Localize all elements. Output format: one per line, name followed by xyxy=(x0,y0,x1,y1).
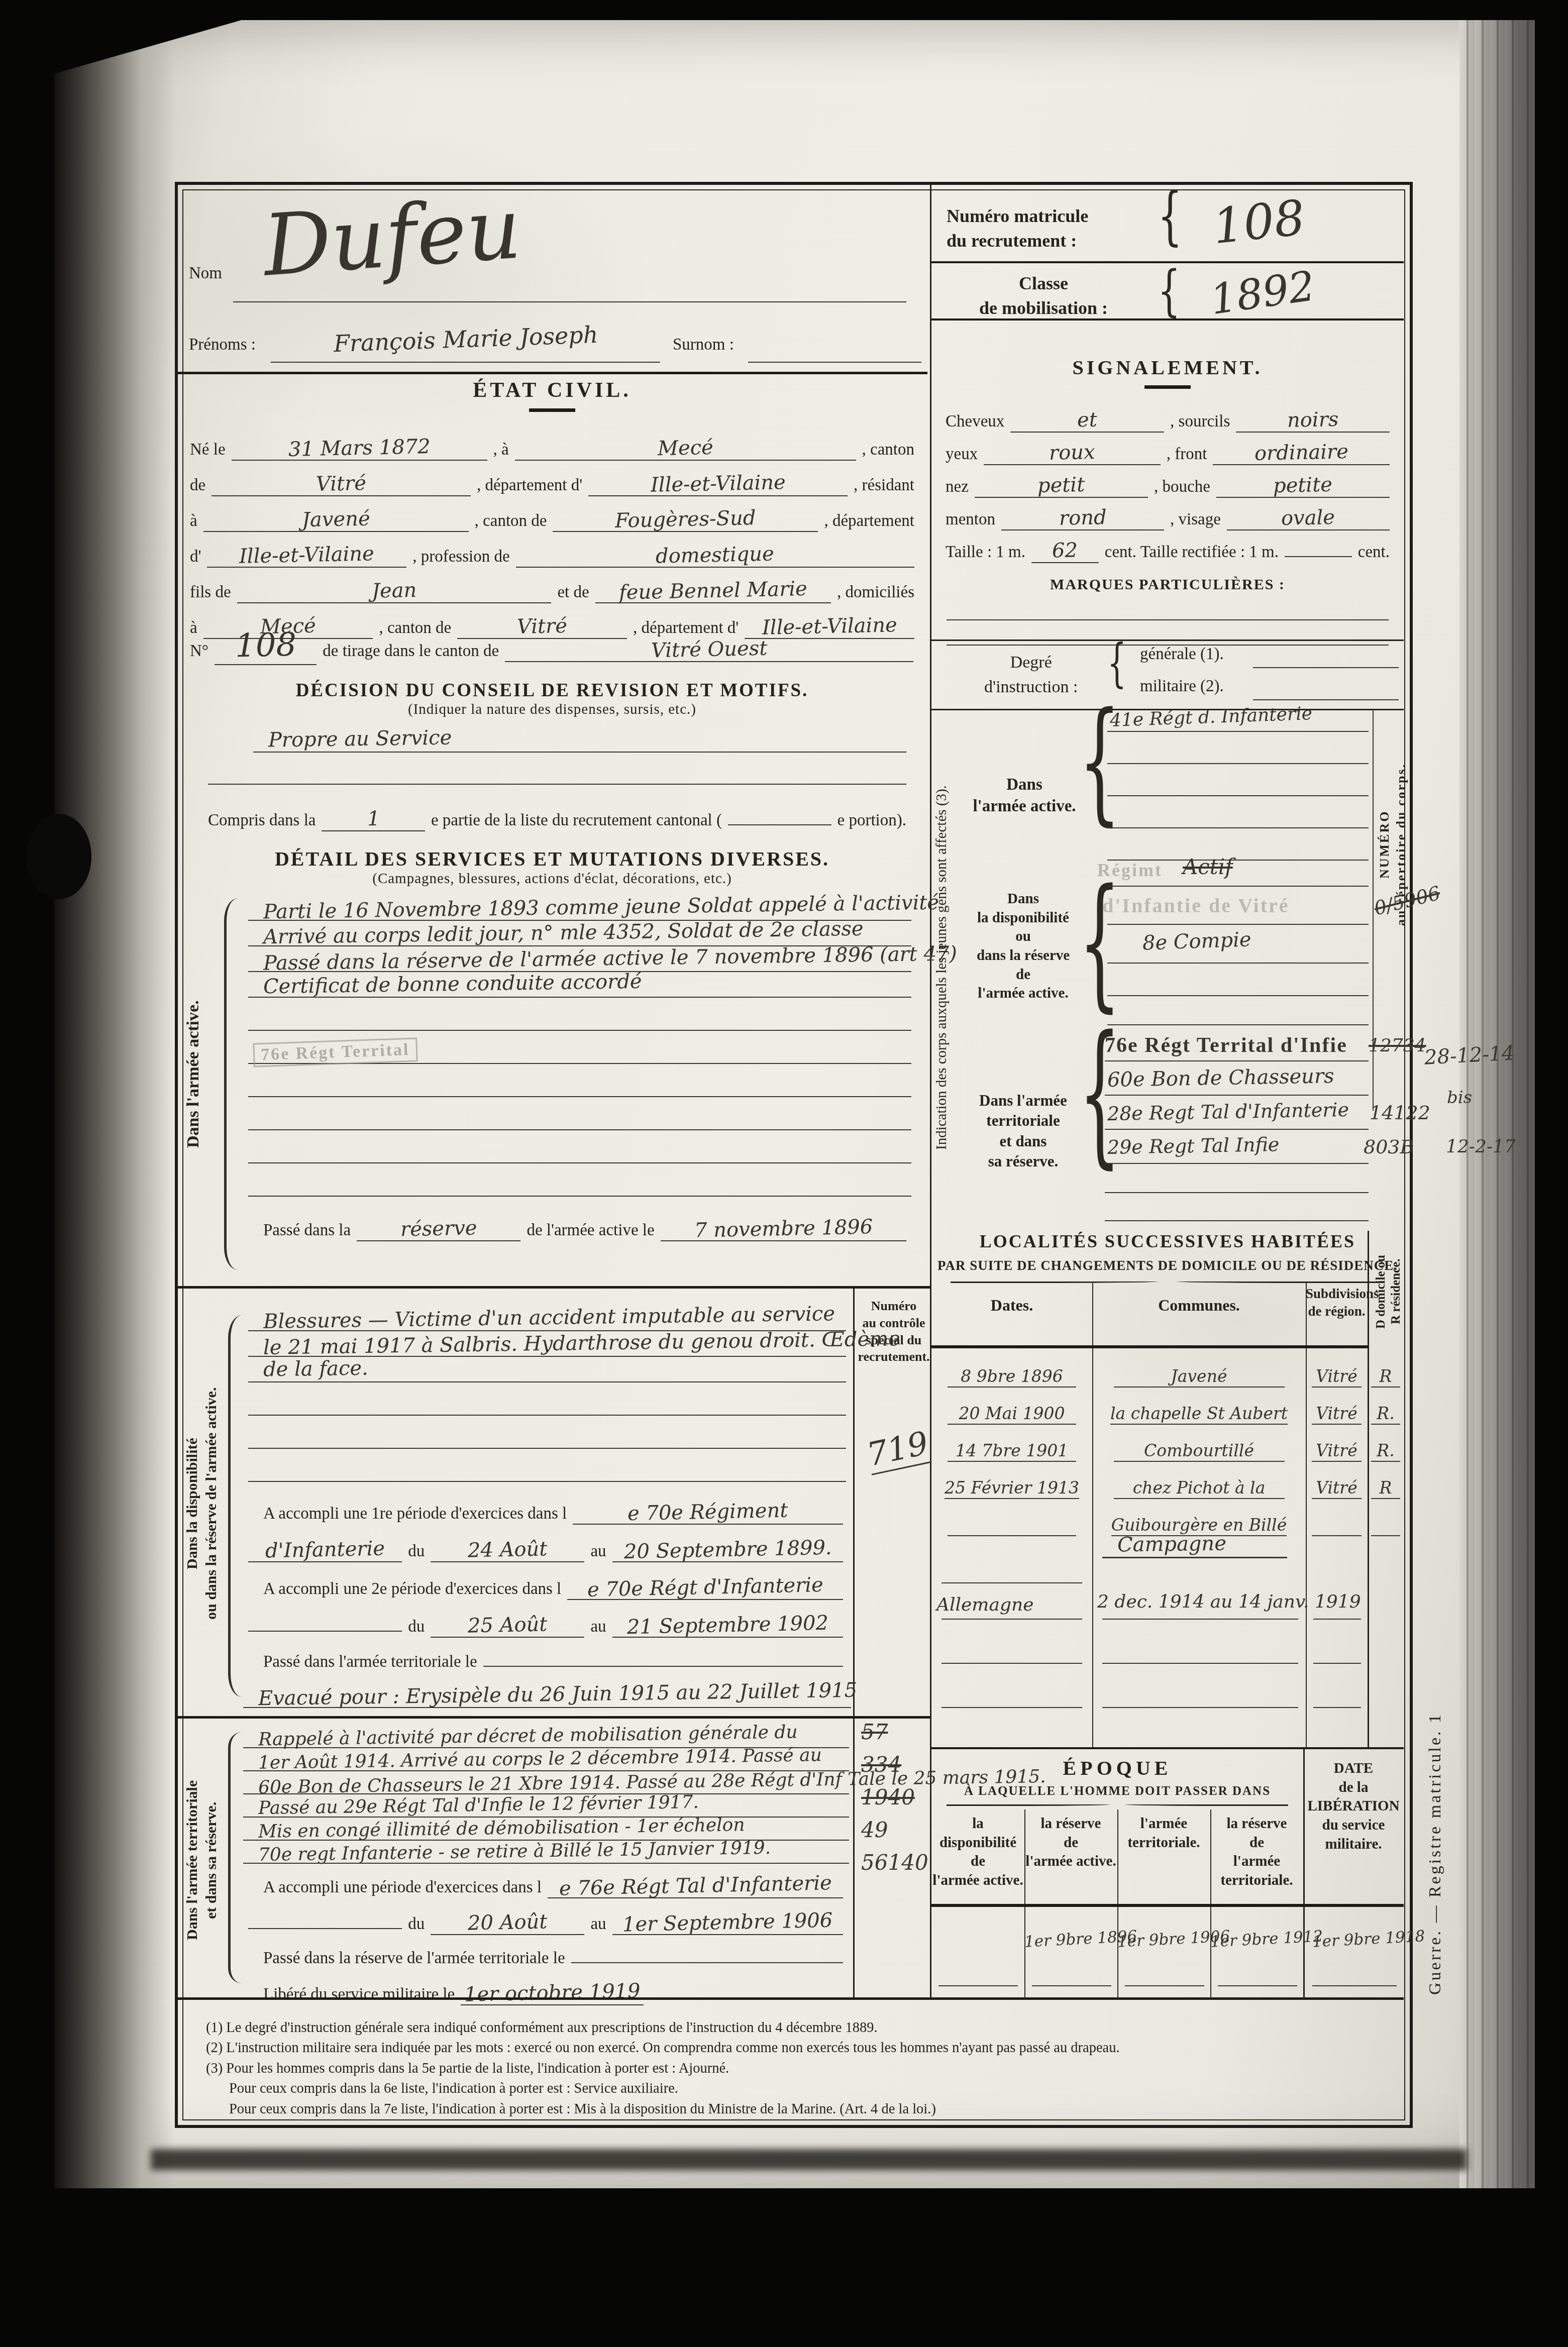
handwritten-value: 20 Août xyxy=(468,1910,548,1935)
printed-label: , département xyxy=(824,512,914,530)
signalement-row: mentonrond, visageovale xyxy=(946,506,1390,530)
handwritten-line: 60e Bon de Chasseurs le 21 Xbre 1914. Pa… xyxy=(243,1771,849,1794)
localites-date: 20 Mai 1900 xyxy=(959,1404,1065,1423)
blank-line xyxy=(248,1631,402,1632)
blank-line: e 70e Régt d'Infanterie xyxy=(567,1575,843,1600)
epoque-title: ÉPOQUE xyxy=(931,1756,1303,1780)
blank-line: rond xyxy=(1001,506,1164,530)
printed-label: N° xyxy=(190,642,208,661)
localites-date: 14 7bre 1901 xyxy=(956,1441,1068,1460)
blessures-blank-ruled xyxy=(248,1382,846,1482)
printed-label: de tirage dans le canton de xyxy=(323,642,499,661)
epoque-value: 1er 9bre 1918 xyxy=(1312,1930,1405,1948)
corps-side-label: Indication des corps auxquels les jeunes… xyxy=(932,714,951,1221)
signalement-row: Cheveuxet, sourcilsnoirs xyxy=(946,408,1390,433)
handwritten-value: rond xyxy=(1059,506,1107,530)
localites-row: 8 9bre 1896JavenéVitréR xyxy=(931,1350,1404,1388)
handwritten-line: 1er Août 1914. Arrivé au corps le 2 déce… xyxy=(243,1748,849,1771)
printed-label: , résidant xyxy=(854,476,914,495)
localites-row: 14 7bre 1901CombourtilléVitréR. xyxy=(931,1425,1404,1462)
marques-title: MARQUES PARTICULIÈRES : xyxy=(931,576,1404,593)
corps-g2-comp: 8e Compie xyxy=(1142,928,1251,955)
handwritten-value: 24 Août xyxy=(468,1537,548,1562)
instruction-militaire-label: militaire (2). xyxy=(1140,677,1224,696)
printed-label: , département d' xyxy=(477,476,582,495)
margin-num-g3-n2b: bis xyxy=(1447,1088,1472,1108)
printed-label: , canton de xyxy=(475,512,547,530)
printed-label: et de xyxy=(557,583,589,602)
footnote-line: (1) Le degré d'instruction générale sera… xyxy=(206,2018,1404,2038)
blank-line: Fougères-Sud xyxy=(553,507,818,532)
printed-label: menton xyxy=(946,510,995,529)
prenoms-label: Prénoms : xyxy=(189,336,256,354)
handwritten-value: Ille-et-Vilaine xyxy=(239,542,375,568)
surnom-underline xyxy=(748,362,921,363)
blank-line: e 70e Régiment xyxy=(573,1500,843,1525)
footnote-line: (3) Pour les hommes compris dans la 5e p… xyxy=(206,2059,1404,2079)
matricule-brace: { xyxy=(1158,180,1183,253)
footnote-line: (2) L'instruction militaire sera indiqué… xyxy=(206,2038,1404,2058)
blank-line xyxy=(571,1962,843,1963)
disponibilite-section: Blessures — Victime d'un accident imputa… xyxy=(178,1293,851,1708)
terr-passe-res-row: Passé dans la réserve de l'armée territo… xyxy=(263,1949,843,1968)
territoriale-brace xyxy=(228,1732,248,1983)
margin-num-g3-n3b: 12-2-17 xyxy=(1446,1136,1516,1157)
handwritten-line: Rappelé à l'activité par décret de mobil… xyxy=(243,1725,849,1748)
handwritten-value: petite xyxy=(1273,473,1333,497)
campagne-dates: 2 dec. 1914 au 14 janv. 1919 xyxy=(1097,1591,1361,1612)
localites-section: LOCALITÉS SUCCESSIVES HABITÉES PAR SUITE… xyxy=(931,1231,1404,1747)
etat-civil-row: àJavené, canton deFougères-Sud, départem… xyxy=(190,507,914,532)
localites-dr: R. xyxy=(1377,1404,1394,1423)
corps-g3-entry1: 60e Bon de Chasseurs xyxy=(1107,1064,1334,1092)
printed-label: , domiciliés xyxy=(837,583,914,602)
handwritten-line: Passé dans la réserve de l'armée active … xyxy=(248,946,911,972)
localites-col-dr: D domicile ou R résidence. xyxy=(1374,1234,1404,1349)
territoriale-lines: Rappelé à l'activité par décret de mobil… xyxy=(178,1721,851,1864)
blank-line: d'Infanterie xyxy=(248,1538,402,1562)
blank-line: Ille-et-Vilaine xyxy=(207,543,406,568)
signalement-rows: Cheveuxet, sourcilsnoirsyeuxroux, fronto… xyxy=(931,389,1404,563)
prenoms-value: François Marie Joseph xyxy=(333,321,598,357)
campagne-country: Allemagne xyxy=(936,1594,1033,1615)
periode2b-row: du25 Aoûtau21 Septembre 1902 xyxy=(248,1613,843,1638)
disponibilite-side-label: Dans la disponibilité ou dans la réserve… xyxy=(183,1295,221,1712)
localites-rows: 8 9bre 1896JavenéVitréR20 Mai 1900la cha… xyxy=(931,1350,1404,1536)
printed-label: du xyxy=(408,1618,425,1636)
localites-row: 20 Mai 1900la chapelle St AubertVitréR. xyxy=(931,1388,1404,1425)
printed-label: yeux xyxy=(946,445,978,464)
handwritten-value: 1er Août 1914. Arrivé au corps le 2 déce… xyxy=(258,1745,822,1773)
blank-line: réserve xyxy=(357,1217,520,1241)
handwritten-value: noirs xyxy=(1287,408,1339,432)
epoque-col-header: la disponibilité de l'armée active. xyxy=(931,1815,1024,1890)
handwritten-value: roux xyxy=(1049,441,1095,465)
book-spine-shadow xyxy=(54,19,175,2188)
handwritten-value: réserve xyxy=(400,1216,477,1241)
numero-column-label: NUMÉRO au répertoire du corps. xyxy=(1377,719,1409,970)
periode2-row: A accompli une 2e période d'exercices da… xyxy=(263,1575,843,1600)
localites-row: 25 Février 1913chez Pichot à laVitréR xyxy=(931,1462,1404,1499)
campagne-label: Campagne xyxy=(1117,1532,1226,1556)
corps-g3-num2: 14122 xyxy=(1370,1102,1430,1124)
handwritten-line: Certificat de bonne conduite accordé xyxy=(248,972,911,998)
epoque-col-header: la réserve de l'armée territoriale. xyxy=(1210,1815,1303,1890)
handwritten-value: Javené xyxy=(301,507,370,532)
territoriale-section: Rappelé à l'activité par décret de mobil… xyxy=(178,1721,851,2005)
corps-g3-num3: 803B xyxy=(1364,1136,1414,1158)
handwritten-value: 1er 9bre 1912 xyxy=(1210,1927,1323,1951)
epoque-header-rule xyxy=(931,1904,1404,1907)
printed-label: , à xyxy=(493,441,509,459)
signalement-section: SIGNALEMENT. Cheveuxet, sourcilsnoirsyeu… xyxy=(931,356,1404,646)
handwritten-line: Passé au 29e Régt Tal d'Infie le 12 févr… xyxy=(243,1794,849,1818)
corps-g3-num0: 12734 xyxy=(1369,1035,1426,1056)
services-lines: Parti le 16 Novembre 1893 comme jeune So… xyxy=(178,887,926,998)
loc-header-rule xyxy=(931,1345,1368,1348)
blank-line: petit xyxy=(975,473,1148,498)
instruction-generale-line xyxy=(1253,667,1399,668)
name-block-bottom-rule xyxy=(178,372,927,374)
printed-label: de xyxy=(190,476,205,495)
etat-civil-title: ÉTAT CIVIL. xyxy=(178,378,926,402)
decision-section: DÉCISION DU CONSEIL DE REVISION ET MOTIF… xyxy=(178,680,926,831)
printed-label: A accompli une 1re période d'exercices d… xyxy=(263,1505,567,1523)
epoque-col-header: la réserve de l'armée active. xyxy=(1024,1815,1117,1871)
epoque-hbrace xyxy=(931,1801,1303,1809)
handwritten-value: Fougères-Sud xyxy=(615,506,756,532)
handwritten-value: 20 Septembre 1899. xyxy=(623,1536,831,1564)
prenoms-underline xyxy=(271,362,660,363)
localites-subdiv: Vitré xyxy=(1316,1478,1357,1498)
handwritten-value: feue Bennel Marie xyxy=(618,577,807,604)
services-section: DÉTAIL DES SERVICES ET MUTATIONS DIVERSE… xyxy=(178,847,926,1241)
etat-civil-rows: Né le31 Mars 1872, àMecé, cantondeVitré,… xyxy=(178,412,926,639)
tirage-row: N°108de tirage dans le canton deVitré Ou… xyxy=(190,627,913,665)
blank-line: 21 Septembre 1902 xyxy=(612,1613,843,1638)
printed-label: au xyxy=(590,1542,606,1561)
decision-subtitle: (Indiquer la nature des dispenses, sursi… xyxy=(178,701,926,718)
blank-line: 24 Août xyxy=(431,1538,584,1562)
handwritten-value: 25 Août xyxy=(468,1613,548,1637)
handwritten-value: Jean xyxy=(371,579,416,603)
printed-label: du xyxy=(408,1915,425,1934)
printed-label: au xyxy=(590,1915,606,1934)
printed-label: Passé dans l'armée territoriale le xyxy=(263,1653,477,1671)
handwritten-value: Vitré Ouest xyxy=(651,637,767,663)
handwritten-value: d'Infanterie xyxy=(265,1537,385,1563)
printed-label: e partie de la liste du recrutement cant… xyxy=(431,811,722,830)
localites-commune: chez Pichot à la xyxy=(1133,1478,1266,1498)
blank-line: petite xyxy=(1216,473,1390,498)
printed-label: fils de xyxy=(190,583,231,602)
localites-commune: la chapelle St Aubert xyxy=(1110,1404,1288,1423)
localites-subdiv: Vitré xyxy=(1316,1404,1357,1423)
instruction-militaire-line xyxy=(1253,699,1399,700)
marques-line-1 xyxy=(947,619,1389,620)
blank-line: 31 Mars 1872 xyxy=(232,436,487,461)
printed-label: e portion). xyxy=(838,811,906,830)
handwritten-value: e 70e Régt d'Infanterie xyxy=(587,1573,823,1602)
printed-label: cent. xyxy=(1358,543,1390,562)
guerre-margin-label: Guerre. — Registre matricule. 1 xyxy=(1426,1582,1445,2125)
classe-brace: { xyxy=(1158,259,1181,322)
handwritten-value: Blessures — Victime d'un accident imputa… xyxy=(263,1302,835,1333)
printed-label: , sourcils xyxy=(1170,412,1230,431)
epoque-date-col: DATE de la LIBÉRATION du service militai… xyxy=(1303,1759,1404,1854)
handwritten-value: domestique xyxy=(656,543,775,568)
instruction-label: Degré d'instruction : xyxy=(984,650,1078,700)
handwritten-value: 1er Septembre 1906 xyxy=(622,1909,833,1937)
localites-dr: R xyxy=(1380,1366,1392,1386)
disponibilite-brace xyxy=(228,1315,248,1697)
localites-subdiv: Vitré xyxy=(1316,1441,1357,1460)
localites-subtitle: PAR SUITE DE CHANGEMENTS DE DOMICILE OU … xyxy=(931,1258,1404,1273)
blank-line: 108 xyxy=(215,627,317,665)
handwritten-value: petit xyxy=(1037,473,1085,497)
decision-value: Propre au Service xyxy=(268,726,452,752)
handwritten-value: 1er 9bre 1918 xyxy=(1312,1927,1425,1951)
decision-title: DÉCISION DU CONSEIL DE REVISION ET MOTIF… xyxy=(178,680,926,701)
blank-line: feue Bennel Marie xyxy=(595,579,831,603)
corps-section: Indication des corps auxquels les jeunes… xyxy=(931,709,1404,1230)
printed-label: à xyxy=(190,512,197,530)
blank-line: 20 Août xyxy=(431,1910,584,1935)
name-block: Nom Dufeu Prénoms : François Marie Josep… xyxy=(178,185,926,375)
blank-line: domestique xyxy=(516,543,914,568)
signalement-row: yeuxroux, frontordinaire xyxy=(946,441,1390,465)
printed-label: , canton xyxy=(862,441,914,459)
blank-line: roux xyxy=(984,441,1161,465)
blank-line: Vitré Ouest xyxy=(505,637,913,662)
controle-value: 719 xyxy=(864,1425,931,1475)
periode1-row: A accompli une 1re période d'exercices d… xyxy=(263,1500,843,1525)
handwritten-value: ovale xyxy=(1281,506,1335,530)
printed-label: Né le xyxy=(190,441,226,459)
printed-label: d' xyxy=(190,548,201,566)
printed-label: au xyxy=(590,1618,606,1636)
blank-line: 62 xyxy=(1031,539,1099,563)
handwritten-value: le 21 mai 1917 à Salbris. Hydarthrose du… xyxy=(263,1327,900,1359)
territoriale-side-label: Dans l'armée territoriale et dans sa rés… xyxy=(183,1725,221,1996)
blank-line: 20 Septembre 1899. xyxy=(612,1538,843,1562)
handwritten-line: 70e regt Infanterie - se retire à Billé … xyxy=(243,1841,849,1864)
blank-line: 7 novembre 1896 xyxy=(661,1217,906,1241)
localites-dr: R. xyxy=(1377,1441,1394,1460)
etat-civil-row: d'Ille-et-Vilaine, profession dedomestiq… xyxy=(190,543,914,568)
localites-col-communes: Communes. xyxy=(1092,1295,1306,1316)
instruction-section: Degré d'instruction : { générale (1). mi… xyxy=(931,639,1404,710)
printed-label: Taille : 1 m. xyxy=(946,543,1025,562)
handwritten-value: 1 xyxy=(367,807,380,831)
handwritten-value: Mecé xyxy=(657,436,713,460)
blank-line xyxy=(483,1666,843,1667)
epoque-col-header: l'armée territoriale. xyxy=(1117,1815,1210,1852)
handwritten-value: Certificat de bonne conduite accordé xyxy=(263,970,642,999)
divider-disponibilite-territoriale xyxy=(178,1716,930,1719)
classe-value: 1892 xyxy=(1207,262,1318,324)
printed-label: A accompli une 2e période d'exercices da… xyxy=(263,1580,561,1598)
printed-label: Passé dans la xyxy=(263,1221,351,1240)
corps-g2-label: Dans la disponibilité ou dans la réserve… xyxy=(959,890,1087,1003)
signalement-title: SIGNALEMENT. xyxy=(931,356,1404,379)
blank-line: 25 Août xyxy=(431,1613,584,1638)
printed-label: A accompli une période d'exercices dans … xyxy=(263,1878,542,1897)
corps-g2-brace: { xyxy=(1079,859,1121,1026)
margin-num-g3-n1: 28-12-14 xyxy=(1424,1041,1515,1069)
footnote-line: Pour ceux compris dans la 6e liste, l'in… xyxy=(206,2079,1404,2099)
localites-row: Guibourgère en Billé xyxy=(931,1499,1404,1536)
corps-g2-actif: Actif xyxy=(1183,855,1233,879)
instruction-generale-label: générale (1). xyxy=(1140,645,1224,664)
handwritten-value: 70e regt Infanterie - se retire à Billé … xyxy=(258,1838,771,1865)
corps-g1-brace: { xyxy=(1079,684,1121,838)
handwritten-line: Parti le 16 Novembre 1893 comme jeune So… xyxy=(248,895,911,921)
terr-periodeb-row: du20 Aoûtau1er Septembre 1906 xyxy=(248,1910,843,1935)
blank-line xyxy=(248,1928,402,1929)
signalement-row: Taille : 1 m.62cent. Taille rectifiée : … xyxy=(946,539,1390,563)
blank-line: 1 xyxy=(322,807,425,831)
handwritten-value: 21 Septembre 1902 xyxy=(626,1612,828,1639)
footnote-line: Pour ceux compris dans la 7e liste, l'in… xyxy=(206,2099,1404,2119)
services-passe-row: Passé dans laréservede l'armée active le… xyxy=(263,1217,906,1241)
epoque-value: 1er 9bre 1896 xyxy=(1024,1930,1117,1948)
handwritten-value: Vitré xyxy=(316,472,367,496)
handwritten-value: 108 xyxy=(235,626,297,665)
controle-margin-numbers: 5733419404956140 xyxy=(861,1720,928,1875)
periode1b-row: d'Infanteriedu24 Aoûtau20 Septembre 1899… xyxy=(248,1538,843,1562)
handwritten-value: de la face. xyxy=(263,1357,368,1381)
signalement-dash xyxy=(1144,385,1191,389)
scanned-register-page: Nom Dufeu Prénoms : François Marie Josep… xyxy=(0,0,1568,2347)
form-border-frame: Nom Dufeu Prénoms : François Marie Josep… xyxy=(175,182,1413,2128)
epoque-value: 1er 9bre 1906 xyxy=(1117,1930,1210,1948)
localites-title: LOCALITÉS SUCCESSIVES HABITÉES xyxy=(931,1231,1404,1252)
handwritten-value: 31 Mars 1872 xyxy=(288,435,430,461)
blank-line xyxy=(728,824,831,825)
printed-label: , profession de xyxy=(412,548,509,566)
blank-line: Vitré xyxy=(212,472,471,496)
handwritten-line: Mis en congé illimité de démobilisation … xyxy=(243,1818,849,1841)
epoque-value: 1er 9bre 1912 xyxy=(1210,1930,1303,1948)
corps-g3-entry3: 29e Regt Tal Infie xyxy=(1107,1133,1280,1158)
blank-line: et xyxy=(1010,408,1164,433)
etat-civil-row: fils deJeanet defeue Bennel Marie, domic… xyxy=(190,579,914,603)
handwritten-value: 62 xyxy=(1052,539,1078,562)
localites-subdiv: Vitré xyxy=(1316,1366,1357,1386)
printed-label: , visage xyxy=(1170,510,1221,529)
corps-g2-stamp2: d'Infantie de Vitré xyxy=(1102,894,1290,917)
page-bottom-shadow xyxy=(151,2149,1467,2170)
footnotes-block: (1) Le degré d'instruction générale sera… xyxy=(178,1997,1404,2119)
handwritten-value: ordinaire xyxy=(1254,440,1348,465)
blank-line: Mecé xyxy=(515,436,856,461)
printed-label: , front xyxy=(1167,445,1207,464)
controle-margin-number: 57 xyxy=(861,1720,928,1744)
blank-line xyxy=(1285,556,1352,557)
printed-label: nez xyxy=(946,478,969,496)
localites-col-dates: Dates. xyxy=(931,1295,1092,1316)
handwritten-value: e 76e Régt Tal d'Infanterie xyxy=(559,1871,832,1900)
localites-dr: R xyxy=(1380,1478,1392,1498)
epoque-subtitle: À LAQUELLE L'HOMME DOIT PASSER DANS xyxy=(931,1784,1303,1798)
etat-civil-row: Né le31 Mars 1872, àMecé, canton xyxy=(190,436,914,461)
handwritten-value: et xyxy=(1077,408,1098,432)
corps-g3-stamp: 76e Régt Territal d'Infie xyxy=(1105,1033,1347,1057)
matricule-label: Numéro matricule du recrutement : xyxy=(947,204,1088,253)
services-title: DÉTAIL DES SERVICES ET MUTATIONS DIVERSE… xyxy=(178,847,926,871)
services-brace xyxy=(224,898,244,1270)
blank-line: Jean xyxy=(237,579,552,603)
epoque-section: ÉPOQUE À LAQUELLE L'HOMME DOIT PASSER DA… xyxy=(931,1747,1404,1999)
evacue-line: Evacué pour : Erysipèle du 26 Juin 1915 … xyxy=(258,1679,858,1711)
localites-col-subdiv: Subdivisions de région. xyxy=(1306,1285,1368,1320)
nom-value: Dufeu xyxy=(260,179,524,295)
decision-blank-line xyxy=(208,784,906,785)
corps-g2-stamp1: Régimt xyxy=(1097,860,1163,881)
controle-column-divider xyxy=(853,1288,855,1997)
terr-periode-row: A accompli une période d'exercices dans … xyxy=(263,1874,843,1898)
localites-date: 25 Février 1913 xyxy=(945,1478,1079,1498)
surnom-label: Surnom : xyxy=(673,336,734,354)
scan-left-blot xyxy=(26,814,91,899)
divider-active-disponibilite xyxy=(178,1286,930,1289)
printed-label: du xyxy=(408,1542,425,1561)
blessures-lines: Blessures — Victime d'un accident imputa… xyxy=(178,1293,851,1382)
compris-row: Compris dans la1e partie de la liste du … xyxy=(208,807,906,831)
epoque-value xyxy=(931,1930,1024,1948)
printed-label: , bouche xyxy=(1154,478,1210,496)
handwritten-line: de la face. xyxy=(248,1357,846,1382)
handwritten-line: Blessures — Victime d'un accident imputa… xyxy=(248,1306,846,1331)
handwritten-line: Arrivé au corps ledit jour, n° mle 4352,… xyxy=(248,921,911,946)
handwritten-value: Ille-et-Vilaine xyxy=(650,471,786,497)
handwritten-value: e 70e Régiment xyxy=(628,1499,788,1526)
blank-line: ovale xyxy=(1227,506,1390,530)
services-side-label: Dans l'armée active. xyxy=(183,853,204,1295)
printed-label: Cheveux xyxy=(946,412,1004,431)
etat-civil-section: ÉTAT CIVIL. Né le31 Mars 1872, àMecé, ca… xyxy=(178,378,926,639)
nom-underline xyxy=(233,301,906,302)
printed-label: de l'armée active le xyxy=(527,1221,654,1240)
blank-line: e 76e Régt Tal d'Infanterie xyxy=(548,1874,843,1898)
blank-line: ordinaire xyxy=(1213,441,1390,465)
handwritten-line: le 21 mai 1917 à Salbris. Hydarthrose du… xyxy=(248,1331,846,1357)
localites-date: 8 9bre 1896 xyxy=(961,1366,1063,1386)
printed-label: cent. Taille rectifiée : 1 m. xyxy=(1105,543,1279,562)
printed-label: Compris dans la xyxy=(208,811,316,830)
blank-line: Javené xyxy=(203,507,469,532)
controle-margin-number: 56140 xyxy=(861,1850,928,1875)
handwritten-value: Mis en congé illimité de démobilisation … xyxy=(258,1815,745,1842)
etat-civil-dash xyxy=(529,408,575,412)
corps-g3-label: Dans l'armée territoriale et dans sa rés… xyxy=(959,1091,1087,1171)
matricule-box: Numéro matricule du recrutement : { 108 … xyxy=(931,185,1404,321)
blank-line: noirs xyxy=(1236,408,1390,433)
etat-civil-row: deVitré, département d'Ille-et-Vilaine, … xyxy=(190,472,914,496)
classe-label: Classe de mobilisation : xyxy=(979,271,1108,320)
localites-commune: Javené xyxy=(1171,1366,1227,1386)
printed-label: Passé dans la réserve de l'armée territo… xyxy=(263,1949,565,1968)
passe-territoriale-row: Passé dans l'armée territoriale le xyxy=(263,1653,843,1671)
services-subtitle: (Campagnes, blessures, actions d'éclat, … xyxy=(178,871,926,887)
handwritten-value: 7 novembre 1896 xyxy=(694,1215,873,1242)
corps-g3-entry2: 28e Regt Tal d'Infanterie xyxy=(1107,1099,1349,1125)
signalement-row: nezpetit, bouchepetite xyxy=(946,473,1390,498)
localites-commune: Combourtillé xyxy=(1144,1441,1254,1460)
blank-line: 1er Septembre 1906 xyxy=(612,1910,843,1935)
classe-bottom-rule xyxy=(931,318,1404,321)
